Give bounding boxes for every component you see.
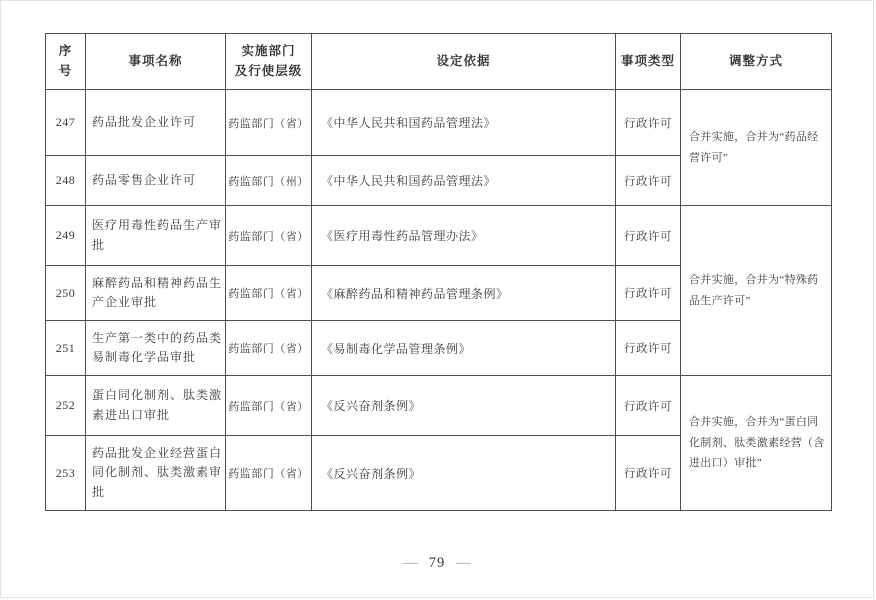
table-row-252: 252 蛋白同化制剂、肽类激素进出口审批 药监部门（省） 《反兴奋剂条例》 行政… — [46, 376, 832, 436]
cell-type: 行政许可 — [616, 90, 681, 156]
cell-adjustment-group-1: 合并实施，合并为“药品经营许可” — [681, 90, 832, 206]
table-row-249: 249 医疗用毒性药品生产审批 药监部门（省） 《医疗用毒性药品管理办法》 行政… — [46, 206, 832, 266]
cell-index: 250 — [46, 266, 86, 321]
cell-item-name: 药品零售企业许可 — [86, 156, 226, 206]
col-header-adjustment: 调整方式 — [681, 34, 832, 90]
cell-type: 行政许可 — [616, 206, 681, 266]
page-footer: —79— — [1, 555, 873, 572]
cell-type: 行政许可 — [616, 376, 681, 436]
cell-type: 行政许可 — [616, 436, 681, 511]
col-header-type: 事项类型 — [616, 34, 681, 90]
table-header-row: 序号 事项名称 实施部门及行使层级 设定依据 事项类型 调整方式 — [46, 34, 832, 90]
cell-item-name: 蛋白同化制剂、肽类激素进出口审批 — [86, 376, 226, 436]
document-page: 序号 事项名称 实施部门及行使层级 设定依据 事项类型 调整方式 247 药品批… — [0, 0, 874, 598]
cell-basis: 《反兴奋剂条例》 — [312, 376, 616, 436]
cell-index: 252 — [46, 376, 86, 436]
cell-department: 药监部门（州） — [226, 156, 312, 206]
page-number: 79 — [429, 555, 446, 571]
cell-department: 药监部门（省） — [226, 376, 312, 436]
cell-department: 药监部门（省） — [226, 90, 312, 156]
col-header-index: 序号 — [46, 34, 86, 90]
footer-right-dash: — — [456, 555, 471, 571]
cell-basis: 《反兴奋剂条例》 — [312, 436, 616, 511]
cell-item-name: 医疗用毒性药品生产审批 — [86, 206, 226, 266]
cell-basis: 《麻醉药品和精神药品管理条例》 — [312, 266, 616, 321]
cell-department: 药监部门（省） — [226, 266, 312, 321]
col-header-item-name: 事项名称 — [86, 34, 226, 90]
cell-basis: 《医疗用毒性药品管理办法》 — [312, 206, 616, 266]
cell-index: 249 — [46, 206, 86, 266]
cell-adjustment-group-2: 合并实施，合并为“特殊药品生产许可” — [681, 206, 832, 376]
cell-index: 248 — [46, 156, 86, 206]
col-header-department: 实施部门及行使层级 — [226, 34, 312, 90]
cell-item-name: 药品批发企业许可 — [86, 90, 226, 156]
cell-department: 药监部门（省） — [226, 321, 312, 376]
col-header-basis: 设定依据 — [312, 34, 616, 90]
cell-basis: 《中华人民共和国药品管理法》 — [312, 90, 616, 156]
cell-index: 253 — [46, 436, 86, 511]
cell-basis: 《易制毒化学品管理条例》 — [312, 321, 616, 376]
cell-basis: 《中华人民共和国药品管理法》 — [312, 156, 616, 206]
cell-index: 247 — [46, 90, 86, 156]
cell-item-name: 生产第一类中的药品类易制毒化学品审批 — [86, 321, 226, 376]
cell-type: 行政许可 — [616, 266, 681, 321]
cell-department: 药监部门（省） — [226, 206, 312, 266]
cell-department: 药监部门（省） — [226, 436, 312, 511]
cell-adjustment-group-3: 合并实施，合并为“蛋白同化制剂、肽类激素经营（含进出口）审批” — [681, 376, 832, 511]
cell-item-name: 药品批发企业经营蛋白同化制剂、肽类激素审批 — [86, 436, 226, 511]
approval-items-table: 序号 事项名称 实施部门及行使层级 设定依据 事项类型 调整方式 247 药品批… — [45, 33, 832, 511]
cell-item-name: 麻醉药品和精神药品生产企业审批 — [86, 266, 226, 321]
footer-left-dash: — — [403, 555, 418, 571]
cell-index: 251 — [46, 321, 86, 376]
cell-type: 行政许可 — [616, 156, 681, 206]
table-row-247: 247 药品批发企业许可 药监部门（省） 《中华人民共和国药品管理法》 行政许可… — [46, 90, 832, 156]
cell-type: 行政许可 — [616, 321, 681, 376]
